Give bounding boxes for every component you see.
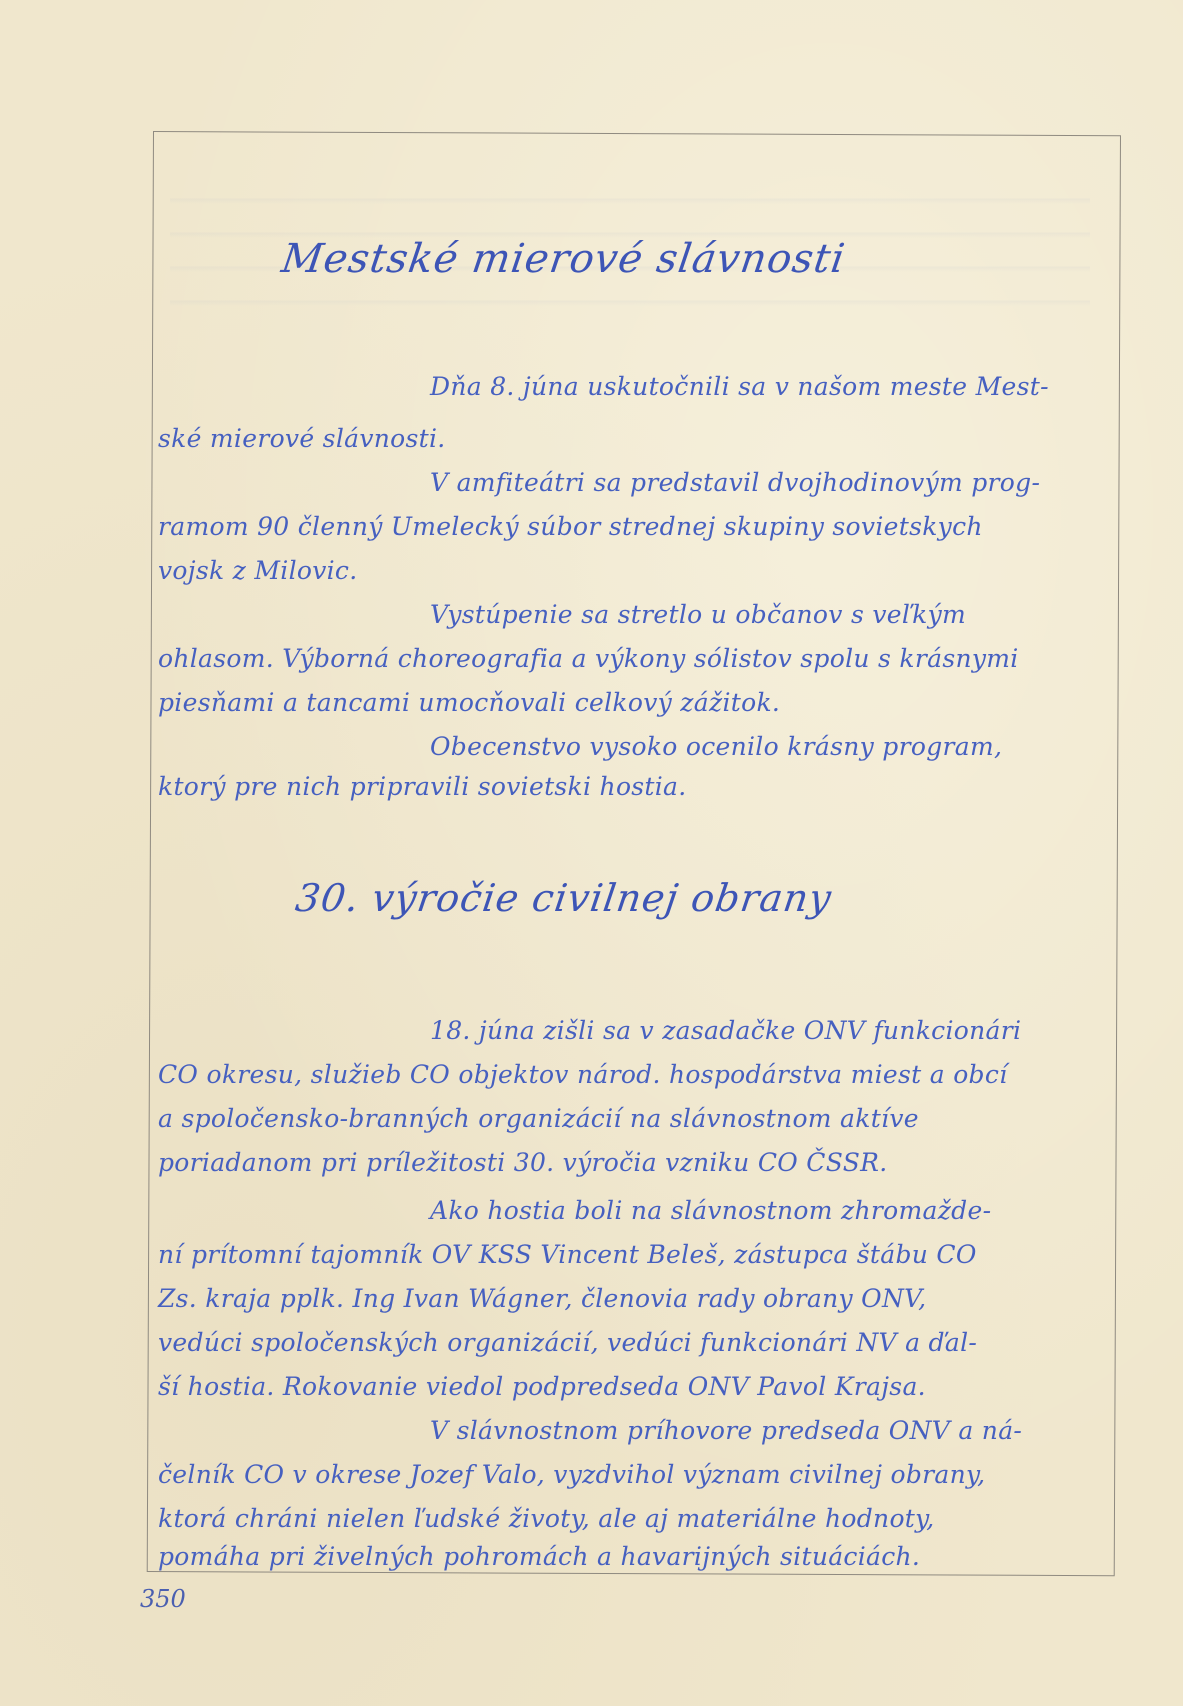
text-line: ní prítomní tajomník OV KSS Vincent Bele… bbox=[158, 1240, 1098, 1270]
text-line: vedúci spoločenských organizácií, vedúci… bbox=[158, 1328, 1098, 1358]
page-frame bbox=[147, 131, 1121, 1576]
text-line: ohlasom. Výborná choreografia a výkony s… bbox=[158, 644, 1098, 674]
text-line: pomáha pri živelných pohromách a havarij… bbox=[158, 1542, 1098, 1572]
text-line: CO okresu, služieb CO objektov národ. ho… bbox=[158, 1060, 1098, 1090]
text-line: V amfiteátri sa predstavil dvojhodinovým… bbox=[158, 468, 1098, 498]
text-line: čelník CO v okrese Jozef Valo, vyzdvihol… bbox=[158, 1460, 1098, 1490]
text-line: poriadanom pri príležitosti 30. výročia … bbox=[158, 1148, 1098, 1178]
text-line: ramom 90 členný Umelecký súbor strednej … bbox=[158, 512, 1098, 542]
text-line: ktorá chráni nielen ľudské životy, ale a… bbox=[158, 1504, 1098, 1534]
text-line: piesňami a tancami umocňovali celkový zá… bbox=[158, 688, 1098, 718]
text-line: Obecenstvo vysoko ocenilo krásny program… bbox=[158, 732, 1098, 762]
text-line: Ako hostia boli na slávnostnom zhromažde… bbox=[158, 1196, 1098, 1226]
section-title-civil-defense-anniversary: 30. výročie civilnej obrany bbox=[293, 876, 835, 920]
section-title-city-peace-celebrations: Mestské mierové slávnosti bbox=[279, 236, 848, 282]
text-line: Dňa 8. júna uskutočnili sa v našom meste… bbox=[158, 372, 1098, 402]
text-line: vojsk z Milovic. bbox=[158, 556, 1098, 586]
text-line: Zs. kraja pplk. Ing Ivan Wágner, členovi… bbox=[158, 1284, 1098, 1314]
text-line: Vystúpenie sa stretlo u občanov s veľkým bbox=[158, 600, 1098, 630]
text-line: ské mierové slávnosti. bbox=[158, 424, 1098, 454]
text-line: V slávnostnom príhovore predseda ONV a n… bbox=[158, 1416, 1098, 1446]
text-line: ktorý pre nich pripravili sovietski host… bbox=[158, 772, 1098, 802]
text-line: 18. júna zišli sa v zasadačke ONV funkci… bbox=[158, 1016, 1098, 1046]
text-line: a spoločensko-branných organizácií na sl… bbox=[158, 1104, 1098, 1134]
page-number: 350 bbox=[140, 1585, 186, 1613]
text-line: ší hostia. Rokovanie viedol podpredseda … bbox=[158, 1372, 1098, 1402]
